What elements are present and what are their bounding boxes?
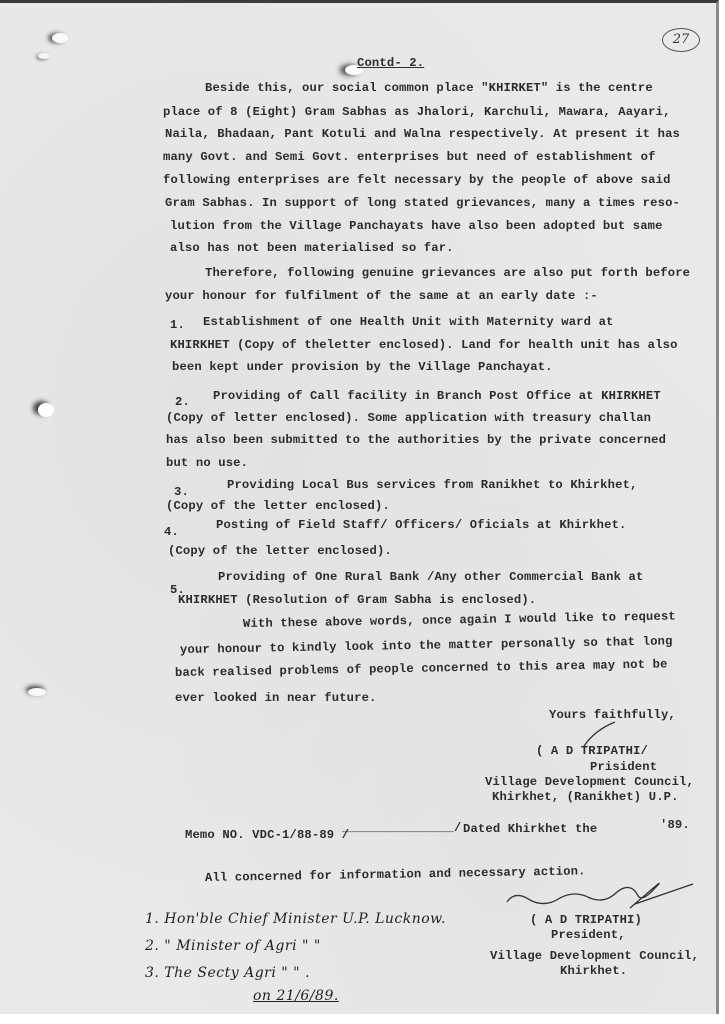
- memo-number: Memo NO. VDC-1/88-89 /: [185, 828, 349, 842]
- punch-hole-top-2: [38, 53, 50, 59]
- grievance-line: Providing Local Bus services from Ranikh…: [227, 478, 638, 492]
- memo-blank-line: _______________/: [342, 821, 461, 835]
- grievance-line: has also been submitted to the authoriti…: [166, 433, 666, 447]
- closing-line: your honour to kindly look into the matt…: [180, 634, 673, 657]
- punch-hole-top: [52, 33, 68, 43]
- paragraph-1-line: many Govt. and Semi Govt. enterprises bu…: [163, 150, 656, 164]
- closing-line: ever looked in near future.: [175, 691, 377, 705]
- paragraph-2-line: Therefore, following genuine grievances …: [205, 266, 690, 280]
- paragraph-1-line: following enterprises are felt necessary…: [163, 173, 671, 187]
- continuation-heading: Contd- 2.: [357, 56, 424, 70]
- grievance-line: Posting of Field Staff/ Officers/ Oficia…: [216, 518, 627, 532]
- handwritten-signature: [505, 880, 695, 914]
- memo-dated: Dated Khirkhet the: [463, 822, 597, 836]
- grievance-line: but no use.: [166, 456, 248, 470]
- paragraph-1-line: also has not been materialised so far.: [170, 241, 454, 255]
- grievance-line: Providing of Call facility in Branch Pos…: [213, 389, 661, 403]
- grievance-line: been kept under provision by the Village…: [172, 360, 553, 374]
- signatory-organization-2: Village Development Council,: [490, 949, 699, 963]
- handwritten-recipient: 2. " Minister of Agri " ": [145, 938, 321, 954]
- closing-line: With these above words, once again I wou…: [243, 609, 676, 631]
- handwritten-recipient: 1. Hon'ble Chief Minister U.P. Lucknow.: [145, 911, 446, 927]
- grievance-number: 3.: [174, 485, 189, 499]
- grievance-line: Providing of One Rural Bank /Any other C…: [218, 570, 643, 584]
- punch-hole-middle: [38, 403, 54, 417]
- signatory-title-2: President,: [551, 928, 626, 942]
- grievance-number: 4.: [164, 525, 179, 539]
- paragraph-1-line: lution from the Village Panchayats have …: [170, 219, 663, 233]
- handwritten-date: on 21/6/89.: [253, 988, 339, 1004]
- page-number-circled: 27: [662, 28, 700, 52]
- grievance-line: Establishment of one Health Unit with Ma…: [203, 315, 614, 329]
- signatory-name-2: ( A D TRIPATHI): [530, 913, 642, 927]
- scanned-letter-page: 27 Contd- 2. Beside this, our social com…: [0, 0, 719, 1014]
- paragraph-1-line: Beside this, our social common place "KH…: [205, 81, 653, 95]
- paragraph-1-line: Naila, Bhadaan, Pant Kotuli and Walna re…: [165, 127, 680, 141]
- grievance-number: 1.: [170, 318, 185, 332]
- memo-year: '89.: [660, 818, 690, 832]
- punch-hole-lower: [28, 688, 46, 696]
- grievance-line: (Copy of the letter enclosed).: [168, 544, 392, 558]
- signatory-place: Khirkhet, (Ranikhet) U.P.: [492, 790, 679, 804]
- grievance-number: 2.: [175, 395, 190, 409]
- grievance-line: (Copy of letter enclosed). Some applicat…: [166, 411, 651, 425]
- signatory-organization: Village Development Council,: [485, 775, 694, 789]
- signatory-place-2: Khirkhet.: [560, 964, 627, 978]
- signatory-name: ( A D TRIPATHI/: [536, 744, 648, 758]
- grievance-line: KHIRKHET (Resolution of Gram Sabha is en…: [178, 593, 536, 607]
- signatory-title: Prisident: [590, 760, 657, 774]
- grievance-line: KHIRKHET (Copy of theletter enclosed). L…: [170, 338, 678, 352]
- paragraph-1-line: place of 8 (Eight) Gram Sabhas as Jhalor…: [163, 105, 671, 119]
- closing-line: back realised problems of people concern…: [175, 657, 668, 680]
- grievance-line: (Copy of the letter enclosed).: [166, 499, 390, 513]
- paragraph-2-line: your honour for fulfilment of the same a…: [165, 289, 598, 303]
- paragraph-1-line: Gram Sabhas. In support of long stated g…: [165, 196, 680, 210]
- handwritten-recipient: 3. The Secty Agri " " .: [145, 965, 310, 981]
